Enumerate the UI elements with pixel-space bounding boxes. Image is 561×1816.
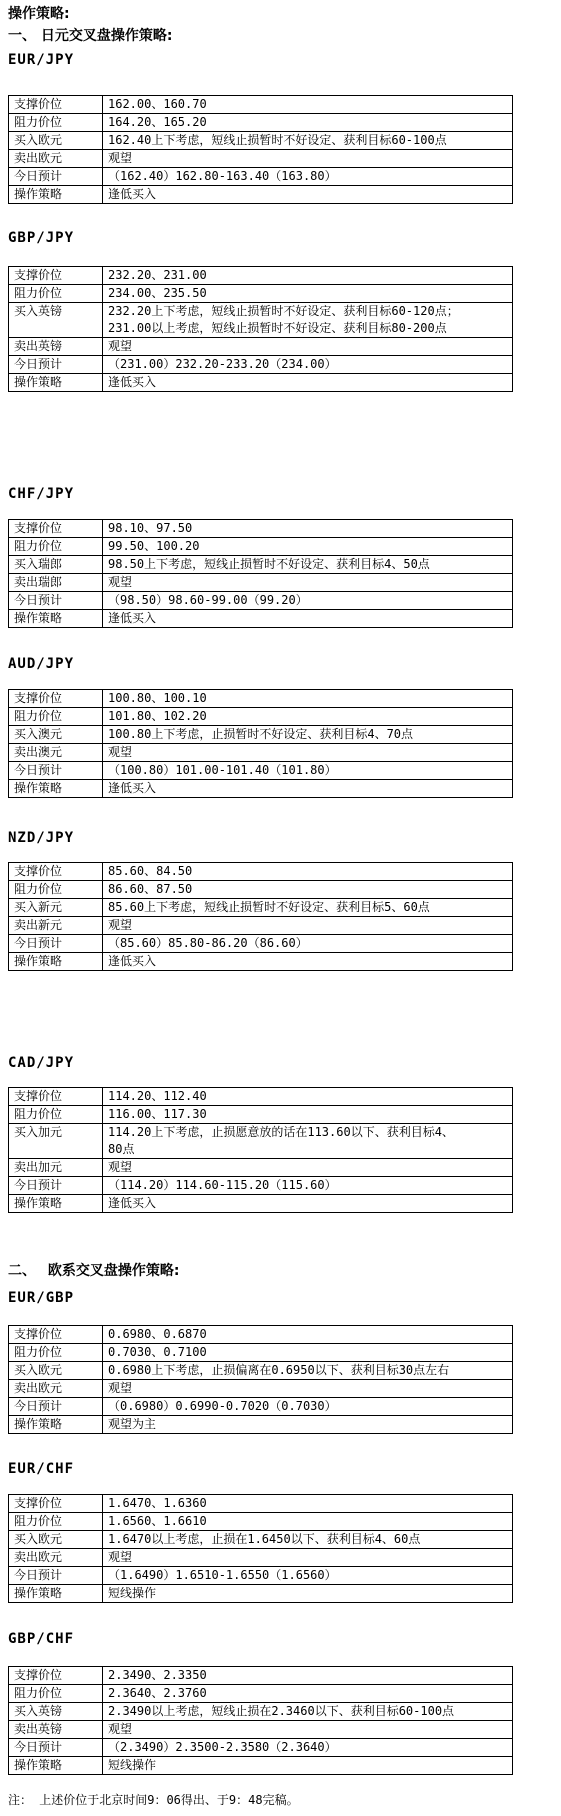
table-row: 今日预计 （2.3490）2.3500-2.3580（2.3640） xyxy=(9,1739,513,1757)
row-label: 操作策略 xyxy=(9,780,103,798)
row-label: 买入加元 xyxy=(9,1124,103,1159)
table-row: 支撑价位 232.20、231.00 xyxy=(9,267,513,285)
row-label: 买入瑞郎 xyxy=(9,556,103,574)
table-row: 操作策略 短线操作 xyxy=(9,1585,513,1603)
row-value: 86.60、87.50 xyxy=(103,881,513,899)
row-value: 0.7030、0.7100 xyxy=(103,1344,513,1362)
row-value: （85.60）85.80-86.20（86.60） xyxy=(103,935,513,953)
table-row: 阻力价位 234.00、235.50 xyxy=(9,285,513,303)
row-label: 阻力价位 xyxy=(9,114,103,132)
pair-title-eurgbp: EUR/GBP xyxy=(8,1290,74,1307)
row-label: 操作策略 xyxy=(9,1757,103,1775)
table-row: 卖出英镑 观望 xyxy=(9,338,513,356)
row-label: 今日预计 xyxy=(9,1177,103,1195)
row-label: 卖出欧元 xyxy=(9,1380,103,1398)
row-label: 阻力价位 xyxy=(9,1106,103,1124)
row-label: 卖出澳元 xyxy=(9,744,103,762)
row-value: （0.6980）0.6990-0.7020（0.7030） xyxy=(103,1398,513,1416)
row-value: 逢低买入 xyxy=(103,953,513,971)
strategy-table-eurjpy: 支撑价位 162.00、160.70 阻力价位 164.20、165.20 买入… xyxy=(8,95,513,204)
table-row: 操作策略 逢低买入 xyxy=(9,374,513,392)
row-label: 买入英镑 xyxy=(9,1703,103,1721)
table-row: 今日预计 （100.80）101.00-101.40（101.80） xyxy=(9,762,513,780)
row-label: 买入新元 xyxy=(9,899,103,917)
row-value: 0.6980、0.6870 xyxy=(103,1326,513,1344)
row-value: 2.3640、2.3760 xyxy=(103,1685,513,1703)
row-value: 2.3490以上考虑，短线止损在2.3460以下、获利目标60-100点 xyxy=(103,1703,513,1721)
table-row: 今日预计 （0.6980）0.6990-0.7020（0.7030） xyxy=(9,1398,513,1416)
row-label: 支撑价位 xyxy=(9,1326,103,1344)
row-value: 观望 xyxy=(103,1721,513,1739)
row-label: 操作策略 xyxy=(9,953,103,971)
table-row: 支撑价位 2.3490、2.3350 xyxy=(9,1667,513,1685)
row-value: 逢低买入 xyxy=(103,610,513,628)
row-label: 今日预计 xyxy=(9,592,103,610)
table-row: 今日预计 （98.50）98.60-99.00（99.20） xyxy=(9,592,513,610)
table-row: 操作策略 逢低买入 xyxy=(9,610,513,628)
row-label: 今日预计 xyxy=(9,1398,103,1416)
row-value: 101.80、102.20 xyxy=(103,708,513,726)
table-row: 卖出欧元 观望 xyxy=(9,1380,513,1398)
table-row: 阻力价位 99.50、100.20 xyxy=(9,538,513,556)
row-value: （100.80）101.00-101.40（101.80） xyxy=(103,762,513,780)
row-value: 逢低买入 xyxy=(103,780,513,798)
row-label: 今日预计 xyxy=(9,168,103,186)
row-label: 操作策略 xyxy=(9,1195,103,1213)
row-label: 阻力价位 xyxy=(9,881,103,899)
row-label: 支撑价位 xyxy=(9,1667,103,1685)
table-row: 买入欧元 0.6980上下考虑，止损偏离在0.6950以下、获利目标30点左右 xyxy=(9,1362,513,1380)
row-value: 观望为主 xyxy=(103,1416,513,1434)
table-row: 阻力价位 1.6560、1.6610 xyxy=(9,1513,513,1531)
row-label: 操作策略 xyxy=(9,610,103,628)
section-heading-eur-crosses: 二、 欧系交叉盘操作策略: xyxy=(8,1263,179,1280)
pair-title-cadjpy: CAD/JPY xyxy=(8,1055,74,1072)
row-label: 支撑价位 xyxy=(9,690,103,708)
strategy-table-gbpchf: 支撑价位 2.3490、2.3350 阻力价位 2.3640、2.3760 买入… xyxy=(8,1666,513,1775)
table-row: 今日预计 （85.60）85.80-86.20（86.60） xyxy=(9,935,513,953)
table-row: 卖出英镑 观望 xyxy=(9,1721,513,1739)
table-row: 操作策略 逢低买入 xyxy=(9,953,513,971)
strategy-table-eurchf: 支撑价位 1.6470、1.6360 阻力价位 1.6560、1.6610 买入… xyxy=(8,1494,513,1603)
table-row: 买入新元 85.60上下考虑，短线止损暂时不好设定、获利目标5、60点 xyxy=(9,899,513,917)
row-label: 操作策略 xyxy=(9,186,103,204)
strategy-table-audjpy: 支撑价位 100.80、100.10 阻力价位 101.80、102.20 买入… xyxy=(8,689,513,798)
row-label: 操作策略 xyxy=(9,374,103,392)
table-row: 阻力价位 116.00、117.30 xyxy=(9,1106,513,1124)
row-label: 买入澳元 xyxy=(9,726,103,744)
row-label: 操作策略 xyxy=(9,1585,103,1603)
row-value: 1.6560、1.6610 xyxy=(103,1513,513,1531)
row-value: 观望 xyxy=(103,1549,513,1567)
row-label: 支撑价位 xyxy=(9,1495,103,1513)
row-label: 今日预计 xyxy=(9,762,103,780)
row-value: 100.80、100.10 xyxy=(103,690,513,708)
table-row: 支撑价位 162.00、160.70 xyxy=(9,96,513,114)
row-value: （2.3490）2.3500-2.3580（2.3640） xyxy=(103,1739,513,1757)
row-label: 今日预计 xyxy=(9,935,103,953)
pair-title-eurjpy: EUR/JPY xyxy=(8,52,74,69)
table-row: 卖出加元 观望 xyxy=(9,1159,513,1177)
table-row: 今日预计 （231.00）232.20-233.20（234.00） xyxy=(9,356,513,374)
pair-title-chfjpy: CHF/JPY xyxy=(8,486,74,503)
row-value: 观望 xyxy=(103,917,513,935)
row-value: 98.50上下考虑，短线止损暂时不好设定、获利目标4、50点 xyxy=(103,556,513,574)
row-value: 观望 xyxy=(103,338,513,356)
table-row: 支撑价位 100.80、100.10 xyxy=(9,690,513,708)
row-value: 85.60上下考虑，短线止损暂时不好设定、获利目标5、60点 xyxy=(103,899,513,917)
table-row: 支撑价位 0.6980、0.6870 xyxy=(9,1326,513,1344)
table-row: 操作策略 逢低买入 xyxy=(9,186,513,204)
row-value: 114.20上下考虑，止损愿意放的话在113.60以下、获利目标4、 80点 xyxy=(103,1124,513,1159)
row-value: 观望 xyxy=(103,1380,513,1398)
table-row: 卖出欧元 观望 xyxy=(9,150,513,168)
table-row: 阻力价位 2.3640、2.3760 xyxy=(9,1685,513,1703)
table-row: 阻力价位 86.60、87.50 xyxy=(9,881,513,899)
row-value: 逢低买入 xyxy=(103,374,513,392)
section-heading-jpy-crosses: 一、 日元交叉盘操作策略: xyxy=(8,28,172,45)
pair-title-eurchf: EUR/CHF xyxy=(8,1461,74,1478)
row-label: 阻力价位 xyxy=(9,708,103,726)
row-label: 买入欧元 xyxy=(9,1531,103,1549)
row-label: 卖出欧元 xyxy=(9,150,103,168)
row-value: 98.10、97.50 xyxy=(103,520,513,538)
row-value: 观望 xyxy=(103,150,513,168)
table-row: 操作策略 观望为主 xyxy=(9,1416,513,1434)
row-label: 买入英镑 xyxy=(9,303,103,338)
row-label: 支撑价位 xyxy=(9,267,103,285)
row-label: 今日预计 xyxy=(9,1739,103,1757)
row-label: 卖出英镑 xyxy=(9,338,103,356)
row-label: 卖出新元 xyxy=(9,917,103,935)
row-label: 卖出英镑 xyxy=(9,1721,103,1739)
row-label: 支撑价位 xyxy=(9,863,103,881)
row-value: 232.20上下考虑，短线止损暂时不好设定、获利目标60-120点； 231.0… xyxy=(103,303,513,338)
row-value: （98.50）98.60-99.00（99.20） xyxy=(103,592,513,610)
row-value: 观望 xyxy=(103,744,513,762)
row-value: 114.20、112.40 xyxy=(103,1088,513,1106)
row-value: 85.60、84.50 xyxy=(103,863,513,881)
pair-title-nzdjpy: NZD/JPY xyxy=(8,830,74,847)
row-label: 买入欧元 xyxy=(9,1362,103,1380)
row-value: 164.20、165.20 xyxy=(103,114,513,132)
row-value: （231.00）232.20-233.20（234.00） xyxy=(103,356,513,374)
table-row: 支撑价位 98.10、97.50 xyxy=(9,520,513,538)
row-value: 短线操作 xyxy=(103,1757,513,1775)
table-row: 买入欧元 1.6470以上考虑，止损在1.6450以下、获利目标4、60点 xyxy=(9,1531,513,1549)
table-row: 支撑价位 114.20、112.40 xyxy=(9,1088,513,1106)
table-row: 阻力价位 164.20、165.20 xyxy=(9,114,513,132)
table-row: 支撑价位 85.60、84.50 xyxy=(9,863,513,881)
strategy-table-cadjpy: 支撑价位 114.20、112.40 阻力价位 116.00、117.30 买入… xyxy=(8,1087,513,1213)
row-label: 支撑价位 xyxy=(9,1088,103,1106)
table-row: 买入瑞郎 98.50上下考虑，短线止损暂时不好设定、获利目标4、50点 xyxy=(9,556,513,574)
table-row: 卖出瑞郎 观望 xyxy=(9,574,513,592)
row-value: 2.3490、2.3350 xyxy=(103,1667,513,1685)
row-label: 买入欧元 xyxy=(9,132,103,150)
row-label: 卖出欧元 xyxy=(9,1549,103,1567)
row-value: 232.20、231.00 xyxy=(103,267,513,285)
row-label: 阻力价位 xyxy=(9,1513,103,1531)
table-row: 支撑价位 1.6470、1.6360 xyxy=(9,1495,513,1513)
table-row: 买入澳元 100.80上下考虑，止损暂时不好设定、获利目标4、70点 xyxy=(9,726,513,744)
strategy-table-chfjpy: 支撑价位 98.10、97.50 阻力价位 99.50、100.20 买入瑞郎 … xyxy=(8,519,513,628)
table-row: 操作策略 短线操作 xyxy=(9,1757,513,1775)
document-title: 操作策略: xyxy=(8,6,70,23)
row-value: 1.6470、1.6360 xyxy=(103,1495,513,1513)
row-value: 观望 xyxy=(103,1159,513,1177)
table-row: 操作策略 逢低买入 xyxy=(9,1195,513,1213)
row-label: 支撑价位 xyxy=(9,520,103,538)
row-label: 今日预计 xyxy=(9,356,103,374)
row-label: 阻力价位 xyxy=(9,285,103,303)
table-row: 今日预计 （1.6490）1.6510-1.6550（1.6560） xyxy=(9,1567,513,1585)
table-row: 卖出澳元 观望 xyxy=(9,744,513,762)
row-value: 逢低买入 xyxy=(103,1195,513,1213)
row-value: （162.40）162.80-163.40（163.80） xyxy=(103,168,513,186)
row-value: （114.20）114.60-115.20（115.60） xyxy=(103,1177,513,1195)
table-row: 买入英镑 2.3490以上考虑，短线止损在2.3460以下、获利目标60-100… xyxy=(9,1703,513,1721)
row-label: 阻力价位 xyxy=(9,538,103,556)
table-row: 卖出新元 观望 xyxy=(9,917,513,935)
table-row: 操作策略 逢低买入 xyxy=(9,780,513,798)
row-value: 162.40上下考虑，短线止损暂时不好设定、获利目标60-100点 xyxy=(103,132,513,150)
row-label: 阻力价位 xyxy=(9,1344,103,1362)
row-label: 操作策略 xyxy=(9,1416,103,1434)
table-row: 阻力价位 0.7030、0.7100 xyxy=(9,1344,513,1362)
table-row: 卖出欧元 观望 xyxy=(9,1549,513,1567)
row-value: 99.50、100.20 xyxy=(103,538,513,556)
strategy-table-gbpjpy: 支撑价位 232.20、231.00 阻力价位 234.00、235.50 买入… xyxy=(8,266,513,392)
table-row: 阻力价位 101.80、102.20 xyxy=(9,708,513,726)
row-value: 1.6470以上考虑，止损在1.6450以下、获利目标4、60点 xyxy=(103,1531,513,1549)
row-label: 卖出瑞郎 xyxy=(9,574,103,592)
row-label: 今日预计 xyxy=(9,1567,103,1585)
row-value: 100.80上下考虑，止损暂时不好设定、获利目标4、70点 xyxy=(103,726,513,744)
strategy-table-nzdjpy: 支撑价位 85.60、84.50 阻力价位 86.60、87.50 买入新元 8… xyxy=(8,862,513,971)
row-value: 0.6980上下考虑，止损偏离在0.6950以下、获利目标30点左右 xyxy=(103,1362,513,1380)
pair-title-gbpchf: GBP/CHF xyxy=(8,1631,74,1648)
row-value: （1.6490）1.6510-1.6550（1.6560） xyxy=(103,1567,513,1585)
row-value: 234.00、235.50 xyxy=(103,285,513,303)
row-value: 116.00、117.30 xyxy=(103,1106,513,1124)
row-label: 阻力价位 xyxy=(9,1685,103,1703)
table-row: 买入英镑 232.20上下考虑，短线止损暂时不好设定、获利目标60-120点； … xyxy=(9,303,513,338)
pair-title-audjpy: AUD/JPY xyxy=(8,656,74,673)
row-label: 支撑价位 xyxy=(9,96,103,114)
table-row: 买入加元 114.20上下考虑，止损愿意放的话在113.60以下、获利目标4、 … xyxy=(9,1124,513,1159)
table-row: 今日预计 （114.20）114.60-115.20（115.60） xyxy=(9,1177,513,1195)
row-value: 观望 xyxy=(103,574,513,592)
row-label: 卖出加元 xyxy=(9,1159,103,1177)
pair-title-gbpjpy: GBP/JPY xyxy=(8,230,74,247)
row-value: 逢低买入 xyxy=(103,186,513,204)
row-value: 162.00、160.70 xyxy=(103,96,513,114)
row-value: 短线操作 xyxy=(103,1585,513,1603)
strategy-table-eurgbp: 支撑价位 0.6980、0.6870 阻力价位 0.7030、0.7100 买入… xyxy=(8,1325,513,1434)
footnote: 注： 上述价位于北京时间9：06得出、于9：48完稿。 xyxy=(8,1792,299,1808)
table-row: 买入欧元 162.40上下考虑，短线止损暂时不好设定、获利目标60-100点 xyxy=(9,132,513,150)
table-row: 今日预计 （162.40）162.80-163.40（163.80） xyxy=(9,168,513,186)
